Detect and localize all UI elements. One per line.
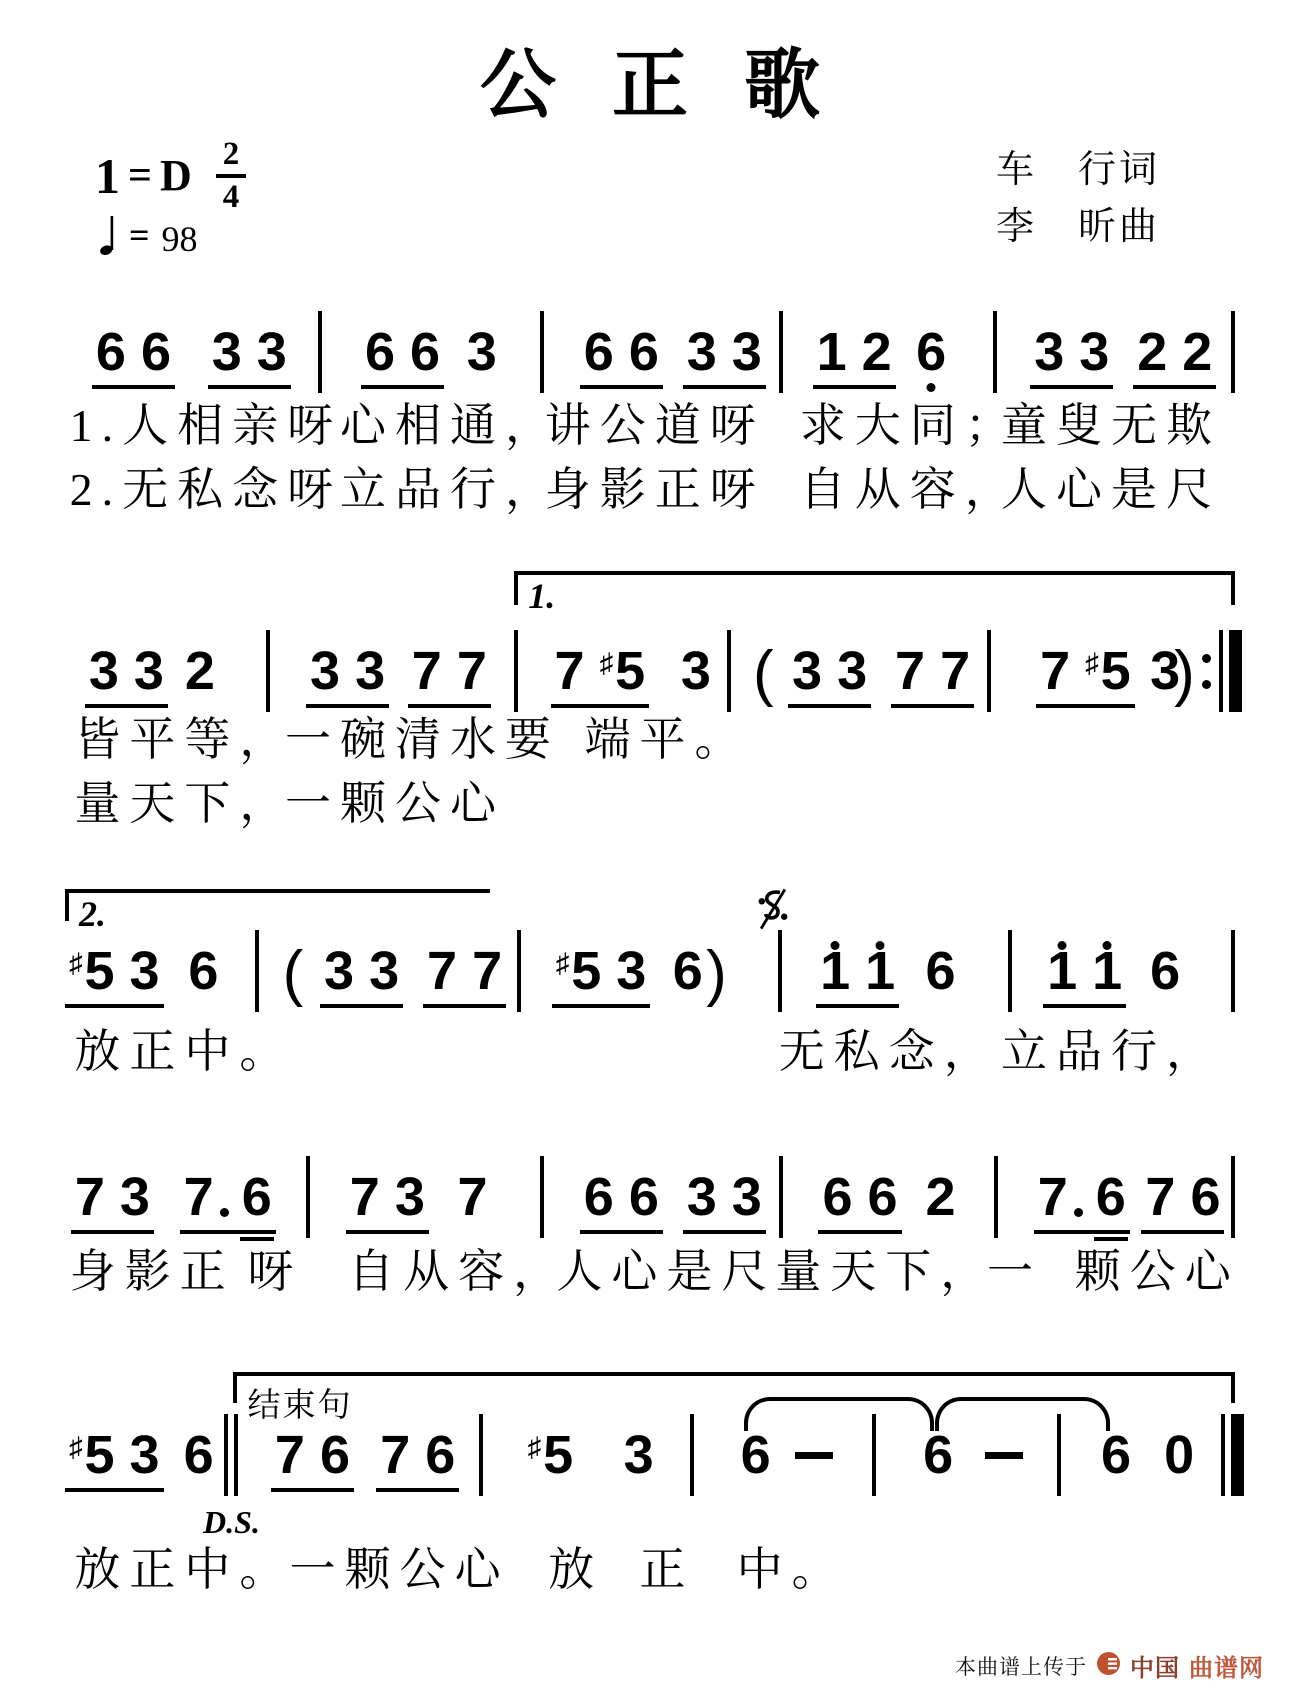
note-digit: 3	[130, 944, 160, 998]
jianpu-note: ♯5	[69, 944, 115, 998]
jianpu-note: 2	[925, 1170, 955, 1224]
site-name-primary: 中国	[1130, 1648, 1180, 1683]
footer: 本曲谱上传于 中国 曲谱网	[955, 1648, 1264, 1683]
beamed-note-group: 76	[1034, 1170, 1130, 1234]
barline-stroke	[1057, 1414, 1061, 1496]
note-digit: 3	[616, 944, 646, 998]
jianpu-note: 3	[687, 325, 717, 379]
jianpu-note: 3	[369, 944, 399, 998]
note-digit: 6	[629, 1170, 659, 1224]
lyric-segment: 身影正	[70, 1246, 235, 1299]
note-digit: 3	[732, 325, 762, 379]
note-group: 7	[453, 1170, 491, 1230]
note-digit: 2	[185, 644, 215, 698]
note-digit: 6	[188, 944, 218, 998]
music-system-1: 663366366331263322	[65, 325, 1235, 387]
jianpu-note: 3	[467, 325, 497, 379]
lyric-segment: 一碗清水	[285, 714, 505, 767]
sharp-icon: ♯	[69, 1432, 83, 1463]
sheet-music-page: 公正歌 1 = D 2 4 = 98 车 行词 李 昕曲 66336636633…	[0, 0, 1300, 1692]
beamed-note-group: ♯53	[65, 944, 164, 1008]
jianpu-note: 6	[96, 325, 126, 379]
note-digit: 7	[350, 1170, 380, 1224]
jianpu-note: 3	[1079, 325, 1109, 379]
repeat-dot	[1202, 654, 1211, 663]
jianpu-note: 7	[275, 1428, 305, 1482]
lyric-segment: 身影正呀	[545, 464, 765, 517]
lyric-segment: 放	[548, 1544, 603, 1597]
jianpu-note: 3	[624, 1428, 654, 1482]
jianpu-note: 3	[120, 1170, 150, 1224]
note-digit: 3	[732, 1170, 762, 1224]
system-5-notes: ♯5367676♯536660	[65, 1428, 1235, 1490]
jianpu-note: ♯5	[600, 644, 646, 698]
jianpu-note: 7	[1038, 1170, 1068, 1224]
jianpu-note: 3	[355, 644, 385, 698]
lyrics-line-verse1-b: 皆平等，一碗清水要端平。	[65, 714, 1235, 772]
beamed-note-group: 33	[85, 644, 168, 708]
lyric-segment: 放正中。	[74, 1026, 294, 1079]
octave-dot-below	[927, 383, 936, 392]
barline	[1008, 930, 1012, 1012]
note-digit: 7	[1040, 644, 1070, 698]
barline	[540, 1156, 544, 1238]
lyric-segment: 自从容，	[348, 1246, 568, 1299]
note-digit: 6	[96, 325, 126, 379]
lyric-segment: 一颗公心	[290, 1544, 510, 1597]
jianpu-note: 7	[427, 944, 457, 998]
barline	[778, 930, 782, 1012]
note-digit: 3	[355, 644, 385, 698]
music-system-5: 结束句 D.S. ♯5367676♯536660	[65, 1428, 1235, 1490]
lyrics-line-system3: 放正中。无私念，立品行，	[65, 1026, 1235, 1084]
jianpu-note: 3	[681, 644, 711, 698]
barline-stroke	[224, 1414, 228, 1496]
volta-bracket-2: 2.	[65, 889, 490, 921]
barline	[779, 311, 783, 393]
note-group: 3	[463, 325, 501, 385]
barline-stroke	[306, 1156, 310, 1238]
beamed-note-group: 73	[71, 1170, 154, 1234]
note-digit: 5	[571, 944, 601, 998]
beamed-note-group: 76	[1141, 1170, 1224, 1234]
beamed-note-group: 12	[813, 325, 896, 389]
jianpu-note: 6	[184, 1428, 214, 1482]
note-digit: 5	[543, 1428, 573, 1482]
note-digit: 3	[1079, 325, 1109, 379]
sixteenth-underline	[1094, 1237, 1128, 1241]
site-logo-icon	[1096, 1651, 1121, 1681]
barline	[1231, 1156, 1235, 1238]
note-digit: 3	[467, 325, 497, 379]
lyric-segment: 一	[987, 1246, 1042, 1299]
augmentation-dot	[220, 1208, 229, 1217]
barline	[266, 630, 270, 712]
lyric-segment: 量天下，	[775, 1246, 995, 1299]
jianpu-note: 1	[1092, 944, 1122, 998]
jianpu-note: 7	[472, 944, 502, 998]
jianpu-note: 7	[457, 644, 487, 698]
note-digit: 6	[1096, 1170, 1126, 1224]
note-digit: 3	[212, 325, 242, 379]
note-digit: 7	[895, 644, 925, 698]
lyric-segment: 求大同；	[800, 400, 1020, 453]
sharp-icon: ♯	[556, 948, 570, 979]
barline-stroke	[1219, 630, 1223, 712]
beamed-note-group: 33	[208, 325, 291, 389]
jianpu-note: 3	[324, 944, 354, 998]
note-digit: 3	[837, 644, 867, 698]
credits: 车 行词 李 昕曲	[996, 142, 1160, 256]
note-digit: 6	[1150, 944, 1180, 998]
beamed-note-group: 33	[306, 644, 389, 708]
beamed-note-group: 76	[271, 1428, 354, 1492]
note-digit: 0	[1164, 1428, 1194, 1482]
lyric-segment: 讲公道呀	[545, 400, 765, 453]
repeat-dot	[1202, 680, 1211, 689]
note-digit: 3	[687, 1170, 717, 1224]
page-title: 公正歌	[65, 24, 1235, 133]
lyric-segment: 人心是尺	[1001, 464, 1221, 517]
jianpu-note: 7	[1040, 644, 1070, 698]
beamed-note-group: 77	[423, 944, 506, 1008]
barline-stroke	[778, 930, 782, 1012]
lyric-segment: 2.无私念呀	[70, 464, 343, 517]
note-digit: 3	[324, 944, 354, 998]
barline-stroke	[1221, 1414, 1225, 1496]
barline-stroke	[1231, 311, 1235, 393]
note-digit: 6	[673, 944, 703, 998]
tie-arc-2	[935, 1397, 1109, 1431]
time-signature-denominator: 4	[216, 178, 247, 214]
note-digit: 7	[1038, 1170, 1068, 1224]
parenthesis: )	[1174, 636, 1195, 712]
site-name-secondary: 曲谱网	[1189, 1648, 1264, 1683]
barline	[1231, 311, 1235, 393]
barline-thick-stroke	[1229, 630, 1242, 712]
beamed-note-group: 77	[408, 644, 491, 708]
note-digit: 7	[555, 644, 585, 698]
barline-stroke	[987, 630, 991, 712]
beamed-note-group: 77	[891, 644, 974, 708]
barline	[318, 311, 322, 393]
barline-stroke	[727, 630, 731, 712]
music-system-4: 737673766336627676	[65, 1170, 1235, 1232]
final-barline	[1221, 1414, 1244, 1496]
note-digit: 3	[130, 1428, 160, 1482]
lyric-segment: 量天下，	[74, 778, 294, 831]
barline-stroke	[779, 311, 783, 393]
jianpu-note: 7	[457, 1170, 487, 1224]
jianpu-note: 3	[687, 1170, 717, 1224]
octave-dot-above	[1103, 941, 1112, 950]
note-digit: 6	[584, 325, 614, 379]
note-group: 6	[669, 944, 707, 1004]
beamed-note-group: 33	[320, 944, 403, 1008]
beamed-note-group: 66	[580, 1170, 663, 1234]
jianpu-note: 6	[741, 1428, 771, 1482]
note-digit: 3	[369, 944, 399, 998]
jianpu-note: 2	[185, 644, 215, 698]
beamed-note-group: 11	[816, 944, 899, 1008]
lyric-segment: 要	[505, 714, 560, 767]
note-digit: 2	[1182, 325, 1212, 379]
lyric-segment: 皆平等，	[74, 714, 294, 767]
quarter-note-icon	[100, 210, 117, 261]
barline	[479, 1414, 483, 1496]
lyrics-line-verse2-b: 量天下，一颗公心	[65, 778, 1235, 836]
jianpu-note: 7	[412, 644, 442, 698]
note-group: 3	[677, 644, 715, 704]
jianpu-note: 1	[817, 325, 847, 379]
jianpu-note: 6	[188, 944, 218, 998]
barline-stroke	[234, 1414, 238, 1496]
jianpu-note: 6	[1101, 1428, 1131, 1482]
jianpu-note: 6	[584, 325, 614, 379]
note-digit: 1	[820, 944, 850, 998]
note-digit: 7	[427, 944, 457, 998]
barline-thick-stroke	[1231, 1414, 1244, 1496]
note-digit: 7	[472, 944, 502, 998]
barline	[540, 311, 544, 393]
note-digit: 6	[320, 1428, 350, 1482]
jianpu-note: 3	[1034, 325, 1064, 379]
tie-arc-1	[744, 1397, 935, 1431]
lyric-segment: 颗公心	[1075, 1246, 1240, 1299]
jianpu-note: 6	[822, 1170, 852, 1224]
jianpu-note: 3	[616, 944, 646, 998]
jianpu-note: 1	[820, 944, 850, 998]
beamed-note-group: ♯53	[552, 944, 651, 1008]
jianpu-note: 3	[837, 644, 867, 698]
jianpu-note: 0	[1164, 1428, 1194, 1482]
jianpu-note: 6	[320, 1428, 350, 1482]
note-digit: 6	[629, 325, 659, 379]
jianpu-note: ♯5	[69, 1428, 115, 1482]
jianpu-note: 6	[673, 944, 703, 998]
octave-dot-above	[831, 941, 840, 950]
jianpu-note: 3	[395, 1170, 425, 1224]
note-digit: 6	[1190, 1170, 1220, 1224]
note-digit: 3	[395, 1170, 425, 1224]
note-digit: 6	[822, 1170, 852, 1224]
note-digit: 6	[184, 1428, 214, 1482]
lyric-segment: 立品行，	[1001, 1026, 1221, 1079]
note-digit: 1	[1047, 944, 1077, 998]
time-signature: 2 4	[216, 138, 247, 214]
barline-stroke	[779, 1156, 783, 1238]
barline	[306, 1156, 310, 1238]
barline-stroke	[1008, 930, 1012, 1012]
barline	[255, 930, 259, 1012]
barline-stroke	[540, 1156, 544, 1238]
key-signature: 1 = D 2 4	[95, 138, 246, 214]
jianpu-note: 2	[1182, 325, 1212, 379]
note-digit: 6	[916, 325, 946, 379]
composer-credit: 李 昕曲	[996, 199, 1160, 256]
lyric-segment: 放正中。	[74, 1544, 294, 1597]
jianpu-note: 6	[1150, 944, 1180, 998]
jianpu-note: 6	[629, 325, 659, 379]
augmentation-dot	[1074, 1208, 1083, 1217]
dal-segno-label: D.S.	[203, 1504, 260, 1541]
lyric-segment: 正	[639, 1544, 694, 1597]
beamed-note-group: 33	[1030, 325, 1113, 389]
jianpu-note: 1	[1047, 944, 1077, 998]
note-digit: 5	[85, 1428, 115, 1482]
note-digit: 7	[380, 1428, 410, 1482]
repeat-barline	[1202, 630, 1242, 712]
jianpu-note: 7	[555, 644, 585, 698]
note-digit: 3	[257, 325, 287, 379]
lyrics-line-system4: 身影正呀自从容，人心是尺量天下，一颗公心	[65, 1246, 1235, 1304]
sixteenth-underline	[240, 1237, 274, 1241]
note-digit: 1	[865, 944, 895, 998]
jianpu-note: ♯5	[556, 944, 602, 998]
system-2-notes: 33233777♯53(33777♯53)	[65, 644, 1235, 706]
note-group: 6	[737, 1428, 775, 1488]
note-digit: 3	[89, 644, 119, 698]
jianpu-note: 3	[310, 644, 340, 698]
sharp-icon: ♯	[1085, 648, 1099, 679]
barline	[1057, 1414, 1061, 1496]
jianpu-note: 3	[792, 644, 822, 698]
lyric-segment: 端平。	[584, 714, 749, 767]
note-digit: 7	[940, 644, 970, 698]
note-digit: 6	[1101, 1428, 1131, 1482]
beamed-note-group: 22	[1133, 325, 1216, 389]
note-group: 6	[912, 325, 950, 385]
jianpu-note: 3	[257, 325, 287, 379]
barline	[690, 1414, 694, 1496]
note-digit: 7	[75, 1170, 105, 1224]
tempo-equals: =	[129, 217, 150, 253]
jianpu-note: 7	[1145, 1170, 1175, 1224]
double-barline	[224, 1414, 238, 1496]
barline-stroke	[266, 630, 270, 712]
ending-phrase-label: 结束句	[247, 1379, 352, 1426]
lyric-segment: 童叟无欺	[1001, 400, 1221, 453]
jianpu-note: 7	[380, 1428, 410, 1482]
note-digit: 2	[925, 1170, 955, 1224]
barline	[727, 630, 731, 712]
barline-stroke	[514, 630, 518, 712]
note-digit: 3	[681, 644, 711, 698]
note-group: 6	[921, 944, 959, 1004]
octave-dot-above	[1058, 941, 1067, 950]
beamed-note-group: 66	[580, 325, 663, 389]
lyric-segment: 呀	[248, 1246, 303, 1299]
jianpu-note: 6	[925, 944, 955, 998]
barline-stroke	[994, 1156, 998, 1238]
jianpu-note: 6	[868, 1170, 898, 1224]
note-group: 6	[180, 1428, 218, 1488]
jianpu-note: 1	[865, 944, 895, 998]
barline	[987, 630, 991, 712]
jianpu-note: ♯5	[528, 1428, 574, 1482]
barline	[517, 930, 521, 1012]
note-group: 6	[184, 944, 222, 1004]
beamed-note-group: 11	[1043, 944, 1126, 1008]
note-digit: 1	[1092, 944, 1122, 998]
volta-bracket-1: 1.	[514, 571, 1235, 605]
held-note-dash	[795, 1452, 833, 1459]
lyric-segment: 人心是尺	[556, 1246, 776, 1299]
note-digit: 3	[120, 1170, 150, 1224]
beamed-note-group: 33	[683, 1170, 766, 1234]
lyric-segment: 自从容，	[800, 464, 1020, 517]
note-digit: 6	[141, 325, 171, 379]
jianpu-note: 6	[242, 1170, 272, 1224]
lyrics-line-verse2-a: 2.无私念呀立品行，身影正呀自从容，人心是尺	[65, 464, 1235, 522]
beamed-note-group: ♯53	[65, 1428, 164, 1492]
barline-stroke	[690, 1414, 694, 1496]
jianpu-note: 6	[141, 325, 171, 379]
note-digit: 2	[862, 325, 892, 379]
note-digit: 6	[868, 1170, 898, 1224]
jianpu-note: 3	[130, 1428, 160, 1482]
barline-stroke	[1231, 930, 1235, 1012]
tempo-value: 98	[162, 221, 198, 257]
sharp-icon: ♯	[528, 1432, 542, 1463]
jianpu-note: 6	[629, 1170, 659, 1224]
jianpu-note: 3	[130, 944, 160, 998]
barline	[1231, 930, 1235, 1012]
beamed-note-group: 76	[376, 1428, 459, 1492]
octave-dot-above	[876, 941, 885, 950]
jianpu-note: 6	[425, 1428, 455, 1482]
jianpu-note: 7	[75, 1170, 105, 1224]
barline	[994, 1156, 998, 1238]
note-digit: 7	[412, 644, 442, 698]
jianpu-note: 7	[350, 1170, 380, 1224]
beamed-note-group: 7♯5	[1036, 644, 1135, 708]
key-equals: =	[128, 155, 152, 197]
jianpu-note: 2	[862, 325, 892, 379]
lyricist-credit: 车 行词	[996, 142, 1160, 199]
jianpu-note: 6	[365, 325, 395, 379]
repeat-dots	[1202, 630, 1213, 712]
sharp-icon: ♯	[69, 948, 83, 979]
beamed-note-group: 66	[361, 325, 444, 389]
jianpu-note: 7	[940, 644, 970, 698]
note-digit: 5	[1101, 644, 1131, 698]
barline-stroke	[540, 311, 544, 393]
jianpu-note: 6	[584, 1170, 614, 1224]
lyrics-line-verse1-a: 1.人相亲呀心相通，讲公道呀求大同；童叟无欺	[65, 400, 1235, 458]
jianpu-note: 3	[212, 325, 242, 379]
beamed-note-group: 76	[180, 1170, 276, 1234]
lyric-segment: 中。	[737, 1544, 847, 1597]
jianpu-note: 3	[134, 644, 164, 698]
note-digit: 3	[624, 1428, 654, 1482]
note-group: 2	[921, 1170, 959, 1230]
barline-stroke	[255, 930, 259, 1012]
note-group: 0	[1160, 1428, 1198, 1488]
segno-icon	[755, 888, 791, 930]
barline	[872, 1414, 876, 1496]
beamed-note-group: 7♯5	[551, 644, 650, 708]
jianpu-note: 7	[184, 1170, 214, 1224]
barline-stroke	[1231, 1156, 1235, 1238]
beamed-note-group: 33	[788, 644, 871, 708]
jianpu-note: 3	[732, 325, 762, 379]
tempo-marking: = 98	[100, 210, 198, 261]
time-signature-numerator: 2	[216, 138, 247, 178]
barline	[993, 311, 997, 393]
note-digit: 6	[584, 1170, 614, 1224]
footer-upload-text: 本曲谱上传于	[955, 1651, 1087, 1681]
